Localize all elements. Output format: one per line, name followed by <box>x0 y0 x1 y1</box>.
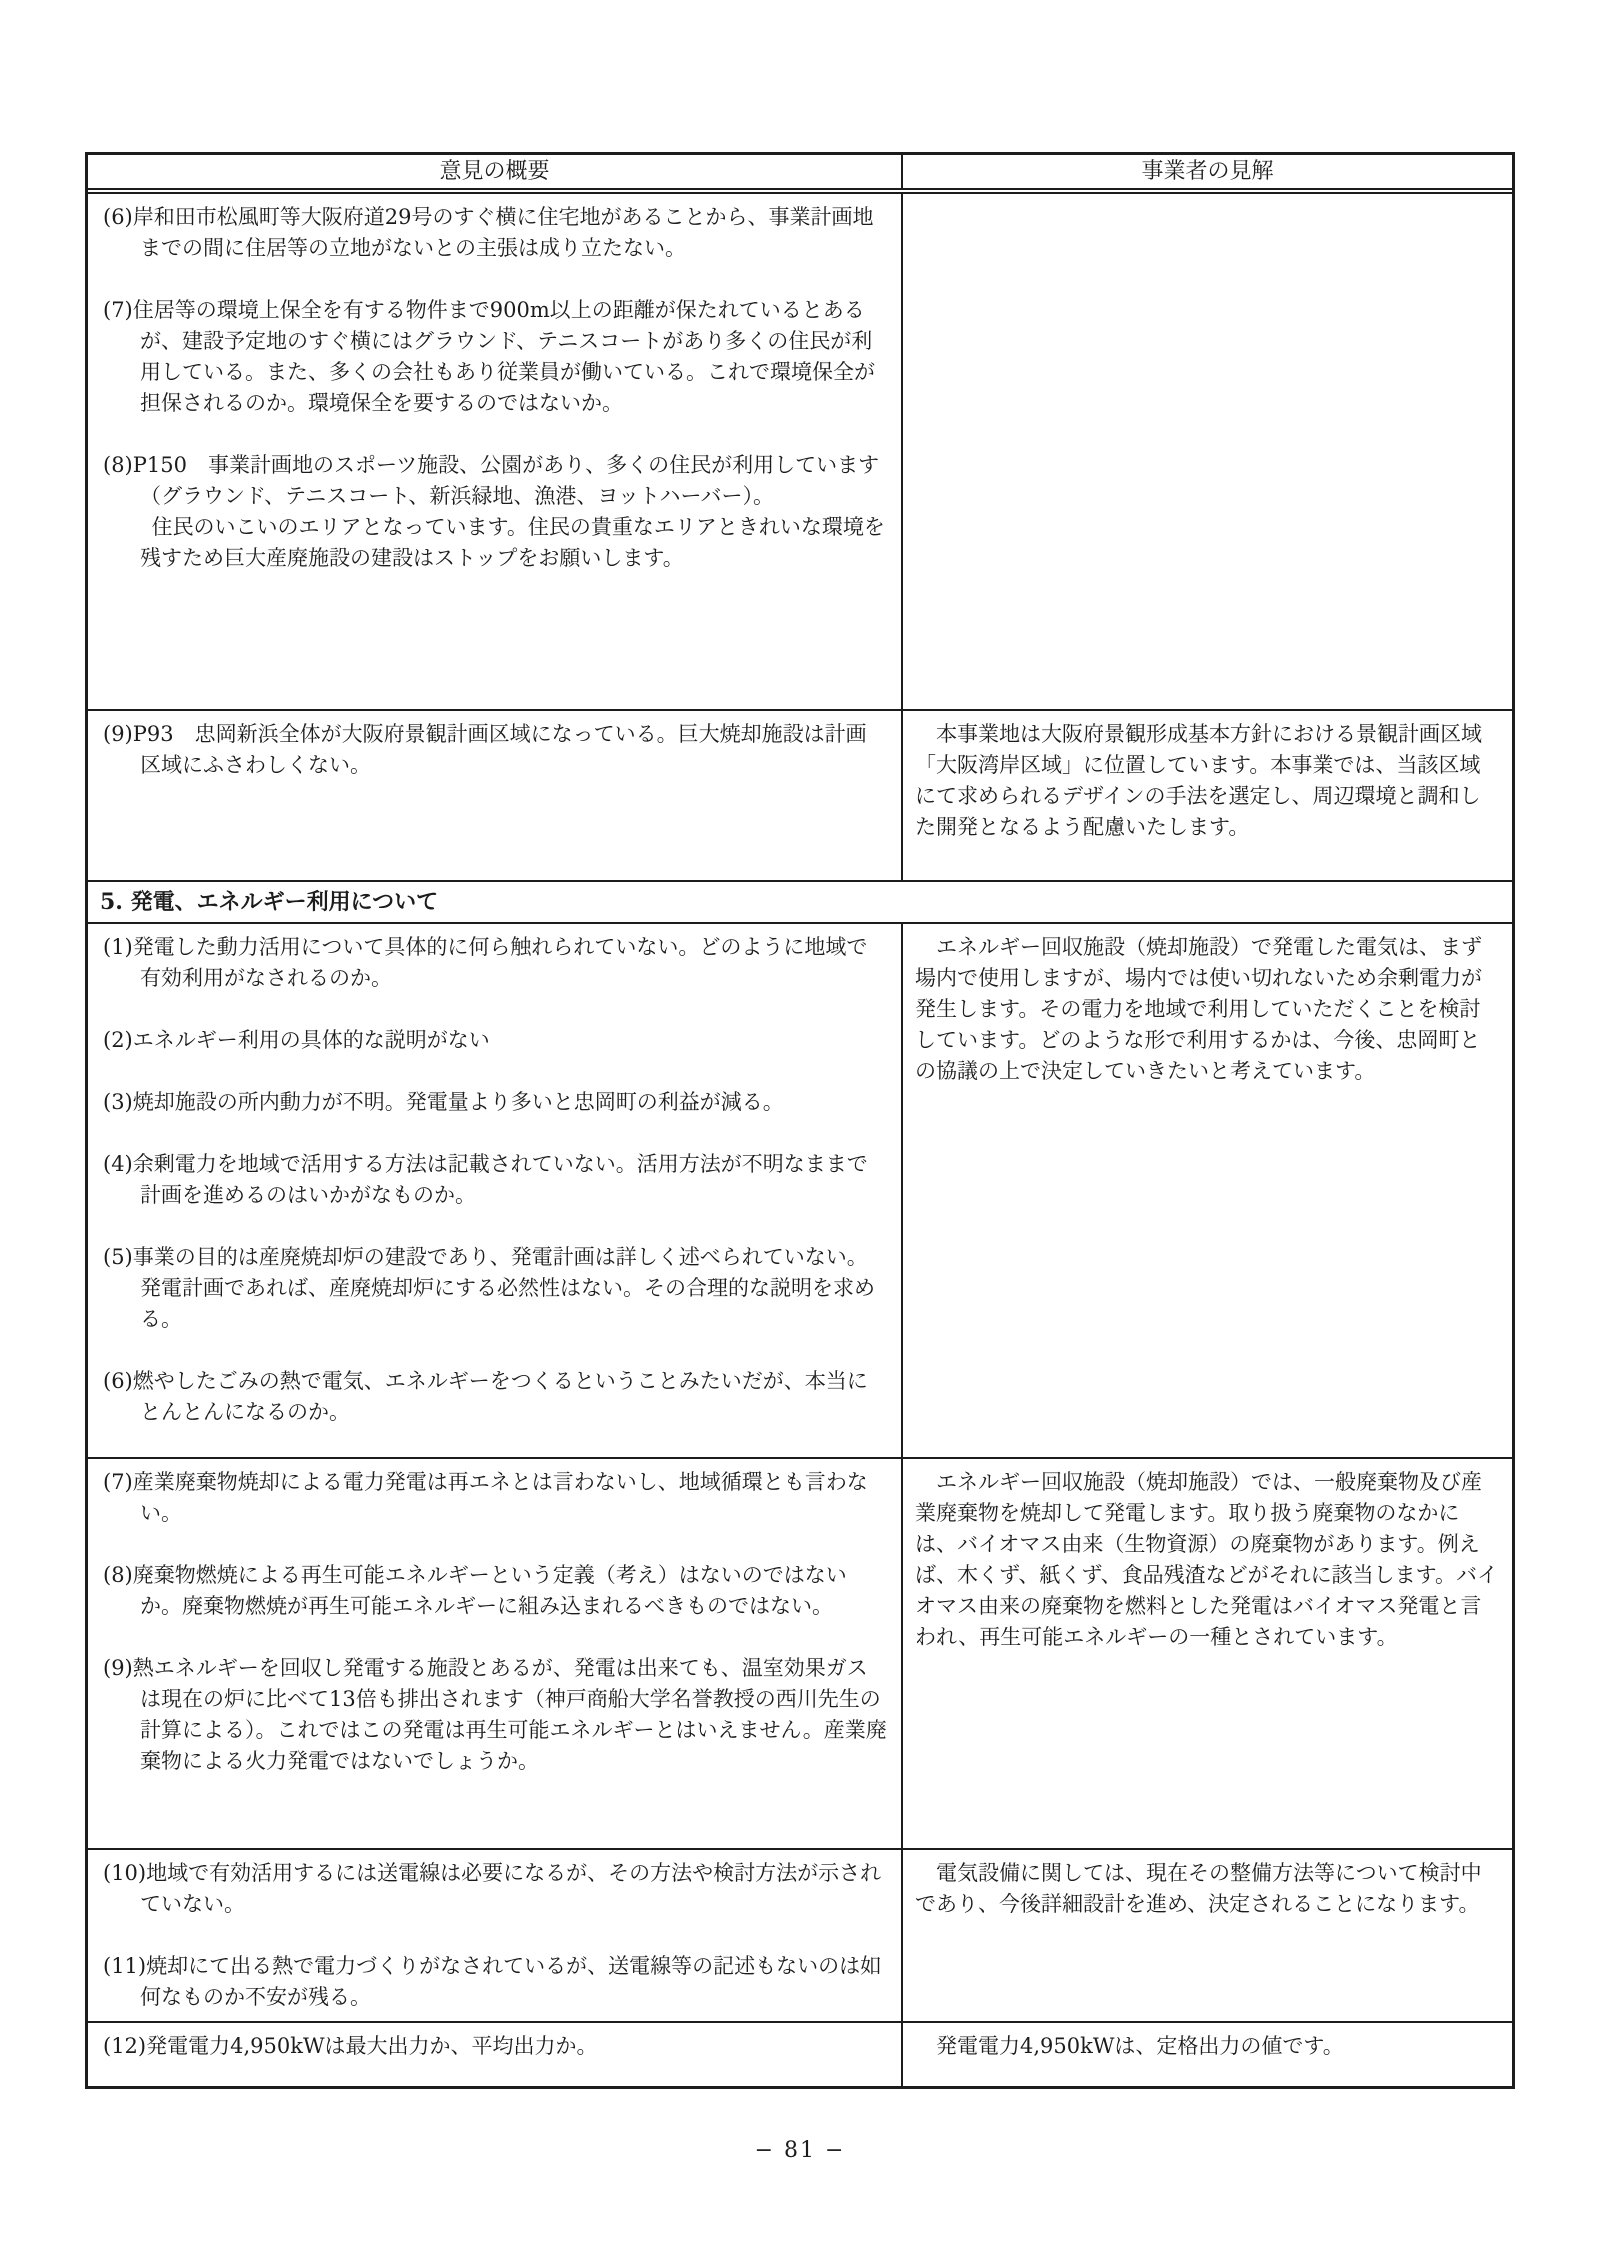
response-paragraph: 本事業地は大阪府景観形成基本方針における景観計画区域「大阪湾岸区域」に位置してい… <box>915 719 1500 843</box>
item-number: (2) <box>103 1028 133 1052</box>
opinion-item-text: (5)事業の目的は産廃焼却炉の建設であり、発電計画は詳しく述べられていない。発電… <box>103 1242 887 1335</box>
opinion-item-continuation: 住民のいこいのエリアとなっています。住民の貴重なエリアときれいな環境を残すため巨… <box>103 512 887 574</box>
opinion-cell: (12)発電電力4,950kWは最大出力か、平均出力か。 <box>88 2023 903 2086</box>
opinion-cell: (9)P93 忠岡新浜全体が大阪府景観計画区域になっている。巨大焼却施設は計画区… <box>88 711 903 880</box>
opinion-item: (7)住居等の環境上保全を有する物件まで900m以上の距離が保たれているとあるが… <box>103 295 887 419</box>
opinion-item-text: (9)P93 忠岡新浜全体が大阪府景観計画区域になっている。巨大焼却施設は計画区… <box>103 719 887 781</box>
opinion-item-text: (10)地域で有効活用するには送電線は必要になるが、その方法や検討方法が示されて… <box>103 1858 887 1920</box>
opinion-item-text: (3)焼却施設の所内動力が不明。発電量より多いと忠岡町の利益が減る。 <box>103 1087 887 1118</box>
table-row: (12)発電電力4,950kWは最大出力か、平均出力か。発電電力4,950kWは… <box>88 2023 1512 2086</box>
response-cell: エネルギー回収施設（焼却施設）では、一般廃棄物及び産業廃棄物を焼却して発電します… <box>903 1459 1512 1848</box>
response-cell: 電気設備に関しては、現在その整備方法等について検討中であり、今後詳細設計を進め、… <box>903 1850 1512 2021</box>
opinion-item-text: (7)産業廃棄物焼却による電力発電は再エネとは言わないし、地域循環とも言わない。 <box>103 1467 887 1529</box>
item-number: (12) <box>103 2034 146 2058</box>
item-number: (5) <box>103 1245 133 1269</box>
response-cell: 発電電力4,950kWは、定格出力の値です。 <box>903 2023 1512 2086</box>
section-header-row: 5. 発電、エネルギー利用について <box>88 882 1512 924</box>
document-page: 意見の概要 事業者の見解 (6)岸和田市松風町等大阪府道29号のすぐ横に住宅地が… <box>0 0 1600 2263</box>
item-number: (8) <box>103 453 133 477</box>
opinion-item-text: (8)P150 事業計画地のスポーツ施設、公園があり、多くの住民が利用しています… <box>103 450 887 512</box>
opinion-item-text: (9)熱エネルギーを回収し発電する施設とあるが、発電は出来ても、温室効果ガスは現… <box>103 1653 887 1777</box>
item-number: (6) <box>103 1369 133 1393</box>
item-number: (11) <box>103 1954 146 1978</box>
opinion-item: (8)廃棄物燃焼による再生可能エネルギーという定義（考え）はないのではないか。廃… <box>103 1560 887 1622</box>
table-row: (1)発電した動力活用について具体的に何ら触れられていない。どのように地域で有効… <box>88 924 1512 1459</box>
opinion-item: (6)燃やしたごみの熱で電気、エネルギーをつくるということみたいだが、本当にとん… <box>103 1366 887 1428</box>
opinion-item-text: (6)燃やしたごみの熱で電気、エネルギーをつくるということみたいだが、本当にとん… <box>103 1366 887 1428</box>
item-number: (7) <box>103 1470 133 1494</box>
opinion-item: (3)焼却施設の所内動力が不明。発電量より多いと忠岡町の利益が減る。 <box>103 1087 887 1118</box>
opinion-item: (4)余剰電力を地域で活用する方法は記載されていない。活用方法が不明なままで計画… <box>103 1149 887 1211</box>
item-number: (8) <box>103 1563 133 1587</box>
item-number: (6) <box>103 205 133 229</box>
opinion-item: (12)発電電力4,950kWは最大出力か、平均出力か。 <box>103 2031 887 2062</box>
opinion-item: (6)岸和田市松風町等大阪府道29号のすぐ横に住宅地があることから、事業計画地ま… <box>103 202 887 264</box>
opinion-item-text: (11)焼却にて出る熱で電力づくりがなされているが、送電線等の記述もないのは如何… <box>103 1951 887 2013</box>
opinion-item: (7)産業廃棄物焼却による電力発電は再エネとは言わないし、地域循環とも言わない。 <box>103 1467 887 1529</box>
item-number: (10) <box>103 1861 146 1885</box>
opinion-item-text: (6)岸和田市松風町等大阪府道29号のすぐ横に住宅地があることから、事業計画地ま… <box>103 202 887 264</box>
page-number: − 81 − <box>0 2138 1600 2163</box>
item-number: (9) <box>103 722 133 746</box>
opinion-item: (8)P150 事業計画地のスポーツ施設、公園があり、多くの住民が利用しています… <box>103 450 887 574</box>
table-header-row: 意見の概要 事業者の見解 <box>88 155 1512 194</box>
header-opinion-summary: 意見の概要 <box>88 155 903 188</box>
item-number: (4) <box>103 1152 133 1176</box>
opinion-item: (5)事業の目的は産廃焼却炉の建設であり、発電計画は詳しく述べられていない。発電… <box>103 1242 887 1335</box>
opinion-item: (9)熱エネルギーを回収し発電する施設とあるが、発電は出来ても、温室効果ガスは現… <box>103 1653 887 1777</box>
opinion-cell: (6)岸和田市松風町等大阪府道29号のすぐ横に住宅地があることから、事業計画地ま… <box>88 194 903 709</box>
response-cell: エネルギー回収施設（焼却施設）で発電した電気は、まず場内で使用しますが、場内では… <box>903 924 1512 1457</box>
opinion-item-text: (1)発電した動力活用について具体的に何ら触れられていない。どのように地域で有効… <box>103 932 887 994</box>
opinion-cell: (1)発電した動力活用について具体的に何ら触れられていない。どのように地域で有効… <box>88 924 903 1457</box>
table-row: (10)地域で有効活用するには送電線は必要になるが、その方法や検討方法が示されて… <box>88 1850 1512 2023</box>
opinion-cell: (7)産業廃棄物焼却による電力発電は再エネとは言わないし、地域循環とも言わない。… <box>88 1459 903 1848</box>
response-paragraph: エネルギー回収施設（焼却施設）では、一般廃棄物及び産業廃棄物を焼却して発電します… <box>915 1467 1500 1653</box>
response-paragraph: 電気設備に関しては、現在その整備方法等について検討中であり、今後詳細設計を進め、… <box>915 1858 1500 1920</box>
opinion-item: (11)焼却にて出る熱で電力づくりがなされているが、送電線等の記述もないのは如何… <box>103 1951 887 2013</box>
table-row: (7)産業廃棄物焼却による電力発電は再エネとは言わないし、地域循環とも言わない。… <box>88 1459 1512 1850</box>
opinion-item-text: (12)発電電力4,950kWは最大出力か、平均出力か。 <box>103 2031 887 2062</box>
opinion-cell: (10)地域で有効活用するには送電線は必要になるが、その方法や検討方法が示されて… <box>88 1850 903 2021</box>
item-number: (3) <box>103 1090 133 1114</box>
item-number: (9) <box>103 1656 133 1680</box>
response-paragraph: エネルギー回収施設（焼却施設）で発電した電気は、まず場内で使用しますが、場内では… <box>915 932 1500 1087</box>
table-row: (9)P93 忠岡新浜全体が大阪府景観計画区域になっている。巨大焼却施設は計画区… <box>88 711 1512 882</box>
item-number: (1) <box>103 935 133 959</box>
opinion-item-text: (4)余剰電力を地域で活用する方法は記載されていない。活用方法が不明なままで計画… <box>103 1149 887 1211</box>
comments-table: 意見の概要 事業者の見解 (6)岸和田市松風町等大阪府道29号のすぐ横に住宅地が… <box>85 152 1515 2089</box>
opinion-item: (2)エネルギー利用の具体的な説明がない <box>103 1025 887 1056</box>
table-row: (6)岸和田市松風町等大阪府道29号のすぐ横に住宅地があることから、事業計画地ま… <box>88 194 1512 711</box>
comments-table-body: (6)岸和田市松風町等大阪府道29号のすぐ横に住宅地があることから、事業計画地ま… <box>88 194 1512 2086</box>
opinion-item-text: (8)廃棄物燃焼による再生可能エネルギーという定義（考え）はないのではないか。廃… <box>103 1560 887 1622</box>
opinion-item: (9)P93 忠岡新浜全体が大阪府景観計画区域になっている。巨大焼却施設は計画区… <box>103 719 887 781</box>
opinion-item: (1)発電した動力活用について具体的に何ら触れられていない。どのように地域で有効… <box>103 932 887 994</box>
opinion-item-text: (2)エネルギー利用の具体的な説明がない <box>103 1025 887 1056</box>
response-cell <box>903 194 1512 709</box>
item-number: (7) <box>103 298 133 322</box>
response-cell: 本事業地は大阪府景観形成基本方針における景観計画区域「大阪湾岸区域」に位置してい… <box>903 711 1512 880</box>
opinion-item: (10)地域で有効活用するには送電線は必要になるが、その方法や検討方法が示されて… <box>103 1858 887 1920</box>
opinion-item-text: (7)住居等の環境上保全を有する物件まで900m以上の距離が保たれているとあるが… <box>103 295 887 419</box>
header-operator-view: 事業者の見解 <box>903 155 1512 188</box>
response-paragraph: 発電電力4,950kWは、定格出力の値です。 <box>915 2031 1500 2062</box>
